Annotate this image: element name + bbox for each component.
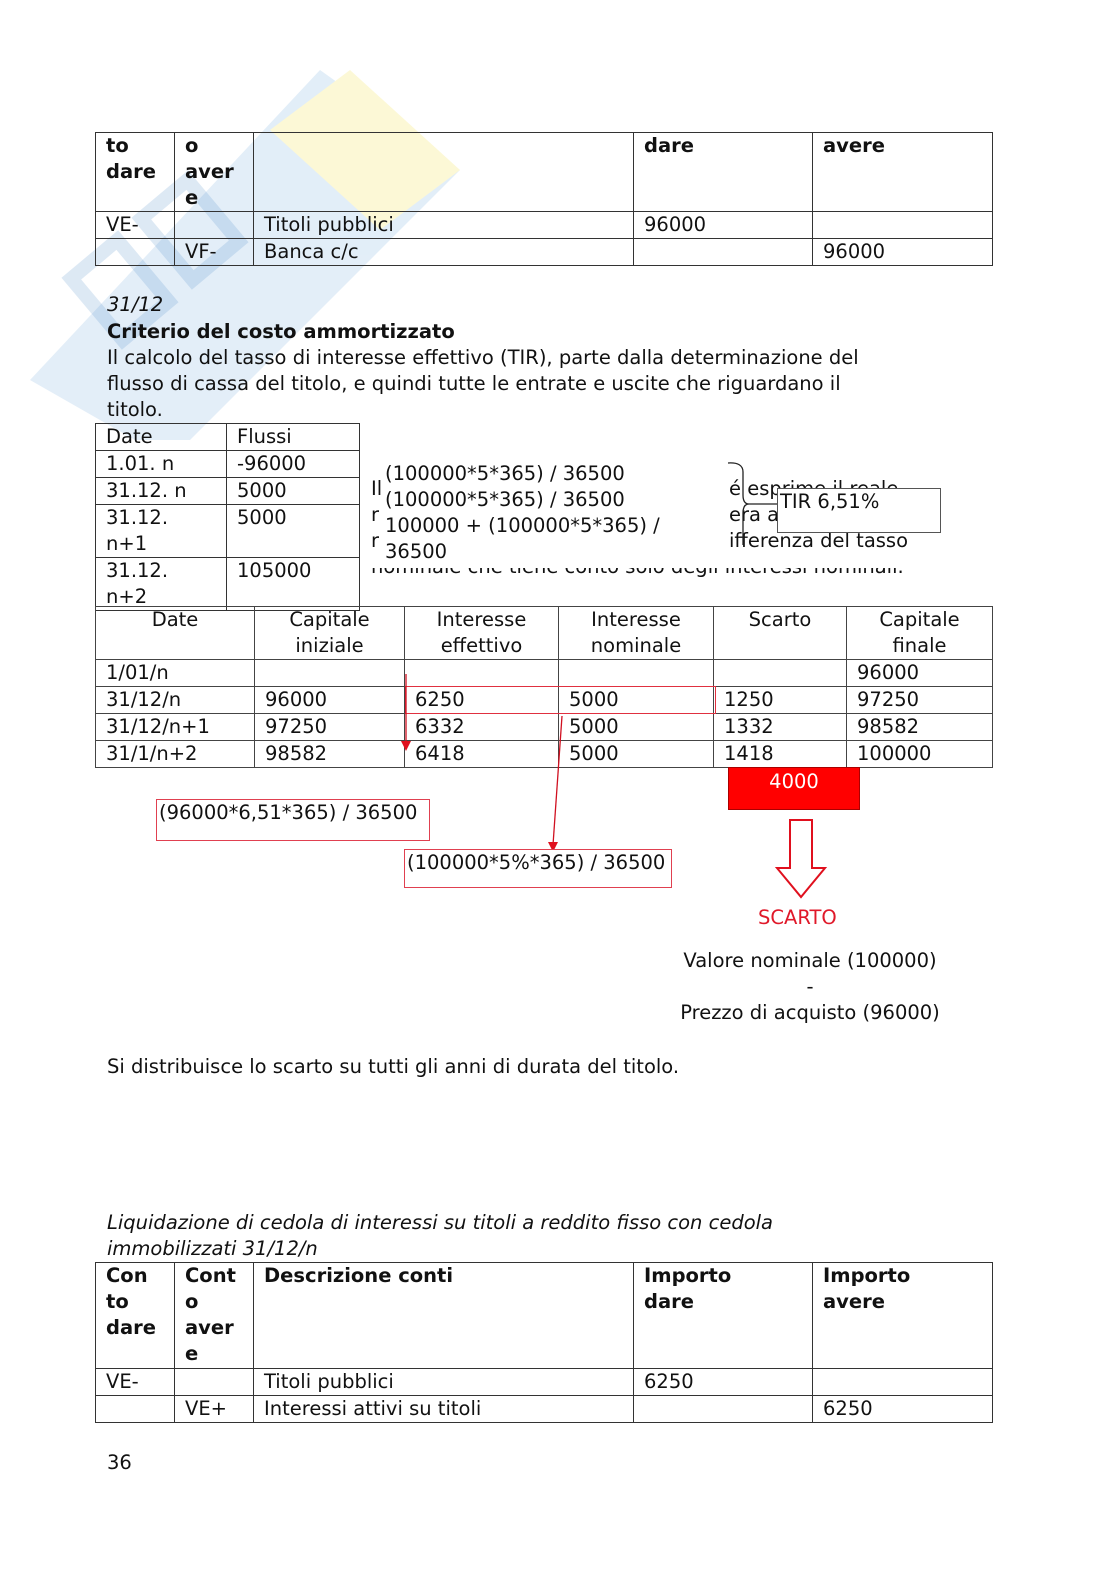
formula-overlay: (100000*5*365) / 36500 (100000*5*365) / …	[383, 461, 727, 565]
cell: 6250	[634, 1369, 813, 1396]
cell	[175, 1369, 254, 1396]
table-row: 1.01. n -96000	[96, 451, 360, 478]
journal-table-cedola: Con to dare Cont o aver e Descrizione co…	[95, 1262, 993, 1423]
header-conto-avere: o aver e	[175, 133, 254, 212]
intro-line-1: Il calcolo del tasso di interesse effett…	[107, 345, 859, 371]
header-flussi: Flussi	[227, 424, 360, 451]
table-row: 31.12. n+1 5000	[96, 505, 360, 558]
header-capitale-finale: Capitale finale	[847, 607, 993, 660]
cell	[175, 212, 254, 239]
scarto-explanation: Valore nominale (100000) - Prezzo di acq…	[650, 948, 970, 1026]
header-descrizione	[254, 133, 634, 212]
table-row: VE+ Interessi attivi su titoli 6250	[96, 1396, 993, 1423]
formula-line: 100000 + (100000*5*365) /	[385, 513, 660, 539]
cell: 1332	[714, 714, 847, 741]
cell: VF-	[175, 239, 254, 266]
formula-nominale-box: (100000*5%*365) / 36500	[404, 849, 672, 888]
cell: 1250	[714, 687, 847, 714]
cell	[634, 239, 813, 266]
table-row: 31/1/n+2 98582 6418 5000 1418 100000	[96, 741, 993, 768]
header-conto-dare: to dare	[96, 133, 175, 212]
cell: 6332	[405, 714, 559, 741]
cell: 31/1/n+2	[96, 741, 255, 768]
journal-table-top: to dare o aver e dare avere VE- Titoli p…	[95, 132, 993, 266]
cell: 98582	[847, 714, 993, 741]
cell: 31.12. n+2	[96, 558, 227, 611]
header-scarto: Scarto	[714, 607, 847, 660]
header-importo-dare: Importo dare	[634, 1263, 813, 1369]
table-row: VE- Titoli pubblici 6250	[96, 1369, 993, 1396]
cell: 1/01/n	[96, 660, 255, 687]
header-interesse-effettivo: Interesse effettivo	[405, 607, 559, 660]
cell: 6250	[405, 687, 559, 714]
table-row: 31/12/n 96000 6250 5000 1250 97250	[96, 687, 993, 714]
cell	[255, 660, 405, 687]
cell	[634, 1396, 813, 1423]
amortization-table: Date Capitale iniziale Interesse effetti…	[95, 606, 993, 768]
header-conto-avere: Cont o aver e	[175, 1263, 254, 1369]
cell: 5000	[227, 505, 360, 558]
cell: 6250	[813, 1396, 993, 1423]
cell	[96, 1396, 175, 1423]
header-avere: avere	[813, 133, 993, 212]
table-row: 31.12. n+2 105000	[96, 558, 360, 611]
cell: 96000	[255, 687, 405, 714]
cell: Interessi attivi su titoli	[254, 1396, 634, 1423]
intro-line-2: flusso di cassa del titolo, e quindi tut…	[107, 371, 841, 397]
cell: 96000	[634, 212, 813, 239]
cell: -96000	[227, 451, 360, 478]
cell	[559, 660, 714, 687]
hidden-text-fragment: r	[371, 528, 379, 554]
cell: VE-	[96, 212, 175, 239]
header-interesse-nominale: Interesse nominale	[559, 607, 714, 660]
cedola-title-line-2: immobilizzati 31/12/n	[107, 1236, 318, 1262]
cell: 31.12. n	[96, 478, 227, 505]
cell: 100000	[847, 741, 993, 768]
hidden-text-fragment: r	[371, 502, 379, 528]
cell: 97250	[847, 687, 993, 714]
table-row: 31/12/n+1 97250 6332 5000 1332 98582	[96, 714, 993, 741]
section-date: 31/12	[107, 292, 163, 318]
prezzo-acquisto: Prezzo di acquisto (96000)	[650, 1000, 970, 1026]
cash-flow-table: Date Flussi 1.01. n -96000 31.12. n 5000…	[95, 423, 360, 611]
formula-line: (100000*5*365) / 36500	[385, 487, 625, 513]
cell: 1.01. n	[96, 451, 227, 478]
header-importo-avere: Importo avere	[813, 1263, 993, 1369]
formula-line: 36500	[385, 539, 447, 565]
cell	[813, 1369, 993, 1396]
cell: VE+	[175, 1396, 254, 1423]
cell: 5000	[227, 478, 360, 505]
cell: 97250	[255, 714, 405, 741]
formula-nominale: (100000*5%*365) / 36500	[407, 851, 665, 874]
hidden-text-fragment: Il	[371, 476, 382, 502]
minus-sign: -	[650, 974, 970, 1000]
cell: VE-	[96, 1369, 175, 1396]
cedola-title-line-1: Liquidazione di cedola di interessi su t…	[107, 1210, 773, 1236]
cell: 5000	[559, 741, 714, 768]
intro-line-3: titolo.	[107, 397, 163, 423]
section-title: Criterio del costo ammortizzato	[107, 319, 455, 345]
cell: Titoli pubblici	[254, 212, 634, 239]
cell: 31/12/n	[96, 687, 255, 714]
cell: 31.12. n+1	[96, 505, 227, 558]
table-row: VE- Titoli pubblici 96000	[96, 212, 993, 239]
header-descrizione: Descrizione conti	[254, 1263, 634, 1369]
table-row: 31.12. n 5000	[96, 478, 360, 505]
header-dare: dare	[634, 133, 813, 212]
down-arrow-icon	[777, 820, 825, 897]
header-capitale-iniziale: Capitale iniziale	[255, 607, 405, 660]
cell: 31/12/n+1	[96, 714, 255, 741]
cell: 96000	[847, 660, 993, 687]
distribution-note: Si distribuisce lo scarto su tutti gli a…	[107, 1054, 679, 1080]
cell: Titoli pubblici	[254, 1369, 634, 1396]
brace-connector-icon	[725, 460, 780, 550]
formula-line: (100000*5*365) / 36500	[385, 461, 625, 487]
cell	[405, 660, 559, 687]
table-row: 1/01/n 96000	[96, 660, 993, 687]
header-date: Date	[96, 424, 227, 451]
cell	[813, 212, 993, 239]
cell	[714, 660, 847, 687]
tir-box: TIR 6,51%	[777, 488, 941, 533]
scarto-label: SCARTO	[758, 905, 837, 931]
page-number: 36	[107, 1450, 132, 1476]
tir-value: TIR 6,51%	[780, 489, 879, 515]
cell: 98582	[255, 741, 405, 768]
cell: 1418	[714, 741, 847, 768]
cell: 6418	[405, 741, 559, 768]
cell: 96000	[813, 239, 993, 266]
cell: 105000	[227, 558, 360, 611]
header-conto-dare: Con to dare	[96, 1263, 175, 1369]
table-row: VF- Banca c/c 96000	[96, 239, 993, 266]
scarto-total-box: 4000	[728, 767, 860, 810]
cell: Banca c/c	[254, 239, 634, 266]
header-date: Date	[96, 607, 255, 660]
cell: 5000	[559, 687, 714, 714]
formula-effettivo-box: (96000*6,51*365) / 36500	[156, 799, 430, 841]
valore-nominale: Valore nominale (100000)	[650, 948, 970, 974]
cell: 5000	[559, 714, 714, 741]
cell	[96, 239, 175, 266]
formula-effettivo: (96000*6,51*365) / 36500	[159, 801, 417, 824]
